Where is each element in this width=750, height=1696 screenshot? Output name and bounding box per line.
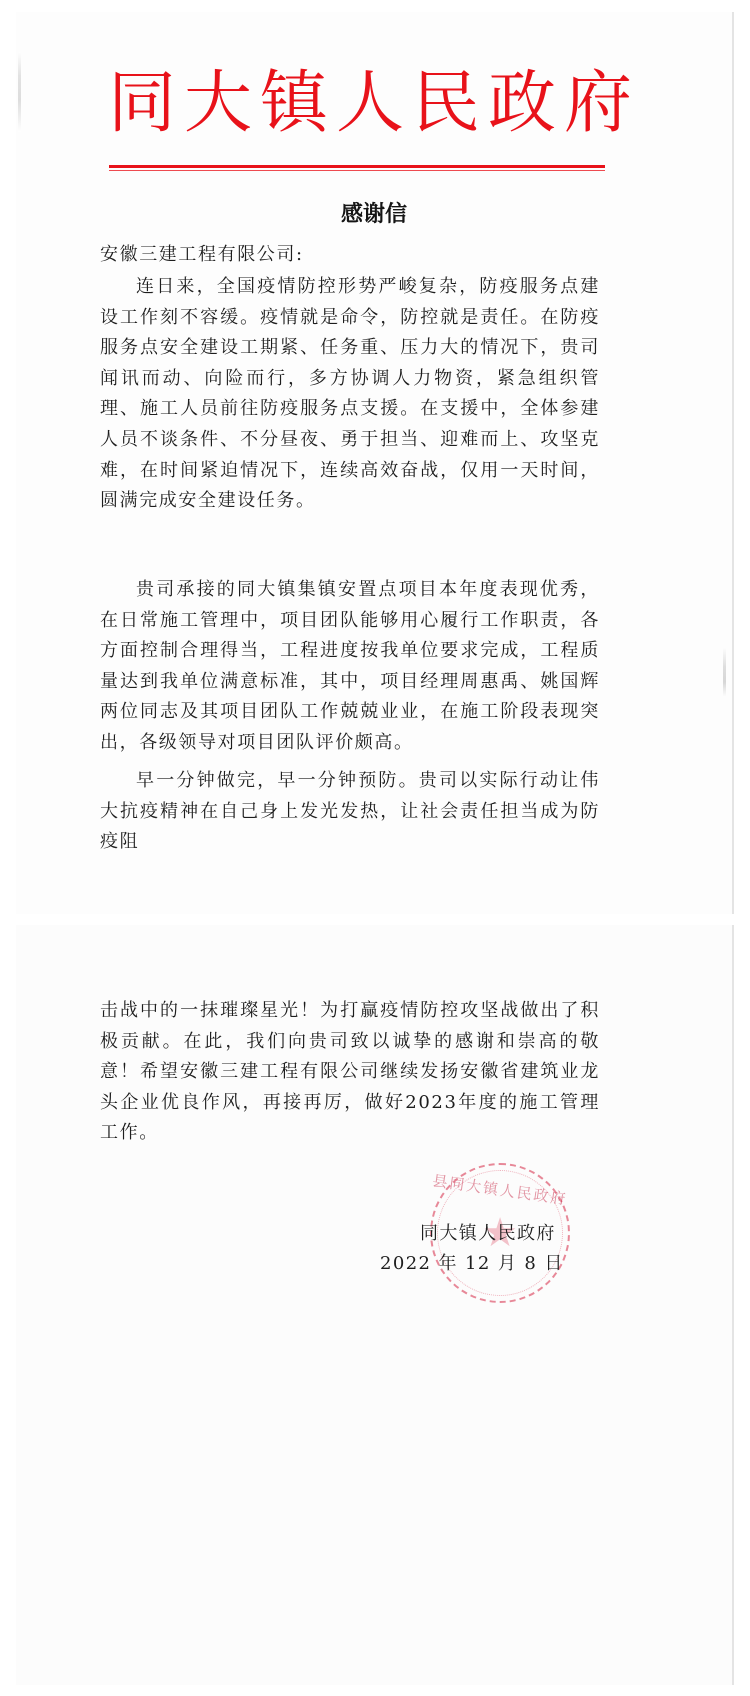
paragraph-text: 贵司承接的同大镇集镇安置点项目本年度表现优秀，在日常施工管理中，项目团队能够用心…: [100, 575, 600, 759]
letterhead-title: 同大镇人民政府: [16, 70, 732, 138]
letterhead-red-rule-thin: [109, 170, 605, 171]
salutation-text: 安徽三建工程有限公司:: [100, 240, 600, 271]
salutation: 安徽三建工程有限公司:: [100, 240, 600, 271]
paragraph-text: 早一分钟做完，早一分钟预防。贵司以实际行动让伟大抗疫精神在自己身上发光发热，让社…: [100, 766, 600, 858]
signature-organization: 同大镇人民政府: [420, 1218, 556, 1250]
paragraph-1: 连日来，全国疫情防控形势严峻复杂，防疫服务点建设工作刻不容缓。疫情就是命令，防控…: [100, 272, 600, 517]
paragraph-text: 击战中的一抹璀璨星光！为打赢疫情防控攻坚战做出了积极贡献。在此，我们向贵司致以诚…: [100, 996, 600, 1149]
scan-artifact: [723, 647, 726, 697]
letterhead-red-rule: [109, 165, 605, 168]
paragraph-3: 早一分钟做完，早一分钟预防。贵司以实际行动让伟大抗疫精神在自己身上发光发热，让社…: [100, 766, 600, 858]
paragraph-text: 连日来，全国疫情防控形势严峻复杂，防疫服务点建设工作刻不容缓。疫情就是命令，防控…: [100, 272, 600, 517]
paragraph-2: 贵司承接的同大镇集镇安置点项目本年度表现优秀，在日常施工管理中，项目团队能够用心…: [100, 575, 600, 759]
paragraph-3-continued: 击战中的一抹璀璨星光！为打赢疫情防控攻坚战做出了积极贡献。在此，我们向贵司致以诚…: [100, 996, 600, 1149]
signature-date: 2022 年 12 月 8 日: [380, 1248, 564, 1280]
letter-title: 感谢信: [16, 197, 732, 228]
